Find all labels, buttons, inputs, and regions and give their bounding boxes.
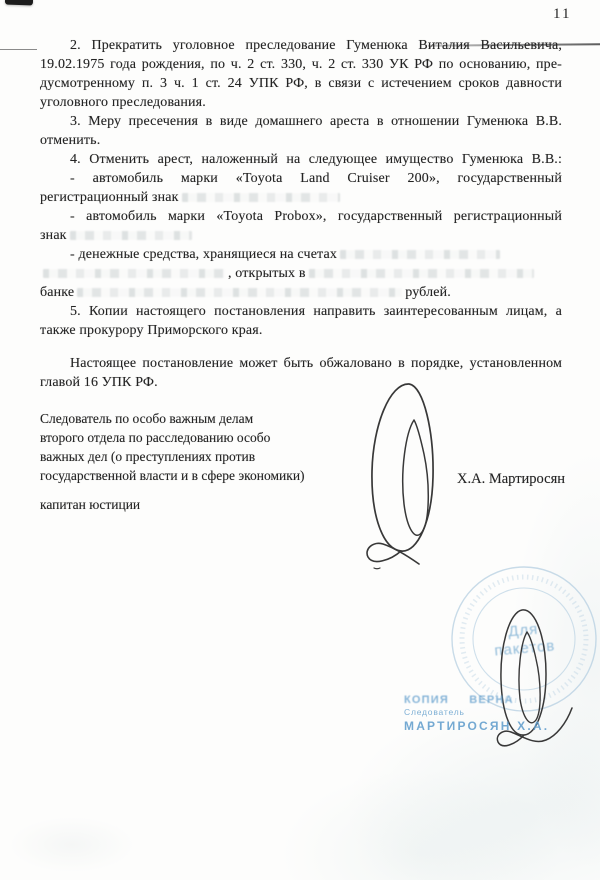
signatory-name: Х.А. Мартиросян — [457, 471, 565, 488]
redaction-smudge — [77, 288, 402, 297]
body-line-text: - денежные средства, хранящиеся на счета… — [70, 247, 337, 262]
signatory-title-line: важных дел (о преступлениях против — [40, 450, 305, 469]
copy-stamp-line: КОПИЯ ВЕРНА — [404, 694, 549, 706]
body-line-text: , открытых в — [228, 266, 306, 281]
body-text: 2. Прекратить уголовное преследование Гу… — [40, 36, 562, 392]
body-line: дусмотренному п. 3 ч. 1 ст. 24 УПК РФ, в… — [40, 74, 562, 93]
body-line: 4. Отменить арест, наложенный на следующ… — [40, 150, 562, 169]
body-line-text: банке — [40, 285, 74, 300]
signatory-title-line: второго отдела по расследованию особо — [40, 431, 305, 450]
body-line: - автомобиль марки «Toyota Land Cruiser … — [40, 169, 562, 188]
redaction-smudge — [182, 193, 340, 202]
body-line: 2. Прекратить уголовное преследование Гу… — [40, 36, 562, 55]
page-number: 11 — [553, 6, 571, 23]
redaction-smudge — [340, 250, 500, 259]
body-line: уголовного преследования. — [40, 93, 562, 112]
signatory-title-block: Следователь по особо важным делам второг… — [40, 412, 305, 517]
body-line: регистрационный знак — [40, 188, 562, 207]
copy-certification-stamp: КОПИЯ ВЕРНА Следователь МАРТИРОСЯН Х.А. — [404, 694, 549, 734]
scanned-document-page: 11 2. Прекратить уголовное преследование… — [0, 0, 600, 880]
redaction-smudge — [309, 269, 534, 278]
body-line-text: знак — [40, 228, 67, 243]
body-line-text: рублей. — [405, 285, 451, 300]
scan-artifact-line-left — [0, 49, 37, 50]
body-line: отменить. — [40, 131, 562, 150]
signatory-rank: капитан юстиции — [40, 498, 305, 517]
body-line: Настоящее постановление может быть обжал… — [40, 354, 562, 373]
body-line: также прокурору Приморского края. — [40, 321, 562, 340]
redaction-smudge — [70, 231, 192, 240]
body-line-text: регистрационный знак — [40, 190, 179, 205]
signatory-title-line: государственной власти и в сфере экономи… — [40, 469, 305, 488]
copy-stamp-line: МАРТИРОСЯН Х.А. — [404, 720, 549, 733]
body-line: - автомобиль марки «Toyota Probox», госу… — [40, 207, 562, 226]
body-line: 19.02.1975 года рождения, по ч. 2 ст. 33… — [40, 55, 562, 74]
body-line: 3. Меру пресечения в виде домашнего арес… — [40, 112, 562, 131]
redaction-smudge — [43, 269, 225, 278]
body-line: банкерублей. — [40, 283, 562, 302]
body-line: - денежные средства, хранящиеся на счета… — [40, 245, 562, 264]
body-line: главой 16 УПК РФ. — [40, 373, 562, 392]
body-line: знак — [40, 226, 562, 245]
signature-scribble-main — [360, 378, 456, 570]
signatory-title-line: Следователь по особо важным делам — [40, 412, 305, 431]
body-line: , открытых в — [40, 264, 562, 283]
body-line: 5. Копии настоящего постановления направ… — [40, 302, 562, 321]
scan-artifact-corner-mark — [5, 0, 33, 5]
copy-stamp-line: Следователь — [404, 708, 549, 717]
